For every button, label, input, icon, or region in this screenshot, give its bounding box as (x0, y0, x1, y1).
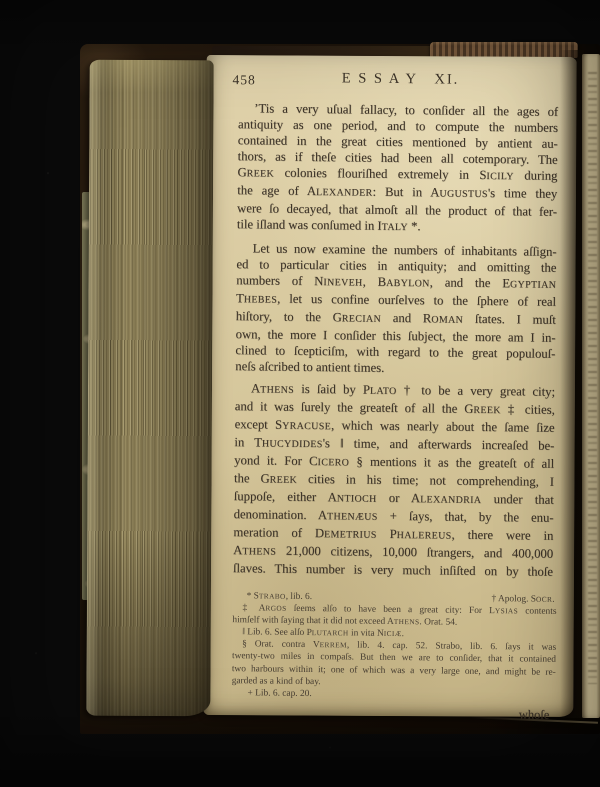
facing-page-ghost-text (588, 72, 597, 684)
page-number: 458 (232, 72, 255, 88)
paragraph: ’Tis a very uſual fallacy, to conſider a… (237, 100, 558, 238)
paragraph: Let us now examine the numbers of inhabi… (235, 240, 556, 378)
page-text-block: 458 E S S A Y XI. ’Tis a very uſual fall… (231, 69, 562, 722)
text-line: tile iſland was conſumed in ITALY *. (237, 216, 557, 238)
book-page: 458 E S S A Y XI. ’Tis a very uſual fall… (203, 55, 576, 717)
paragraph: ATHENS is ſaid by PLATO † to be a very g… (233, 380, 555, 580)
page-header: 458 E S S A Y XI. (238, 69, 562, 93)
gutter-shadow (560, 50, 584, 718)
running-title: E S S A Y XI. (342, 70, 460, 88)
footnote-left: * STRABO, lib. 6. (247, 590, 313, 603)
photo-of-book: 458 E S S A Y XI. ’Tis a very uſual fall… (0, 0, 600, 787)
footnote-line: + Lib. 6. cap. 20. (232, 687, 556, 703)
facing-page-sliver (582, 54, 600, 718)
footnote-right: † Apolog. SOCR. (491, 593, 554, 606)
body-paragraphs: ’Tis a very uſual fallacy, to conſider a… (233, 100, 562, 580)
fore-edge-pages (86, 60, 213, 717)
footnotes: * STRABO, lib. 6.† Apolog. SOCR.‡ ARGOS … (232, 590, 557, 703)
text-line: ſlaves. This number is very much inſiſte… (233, 560, 553, 580)
